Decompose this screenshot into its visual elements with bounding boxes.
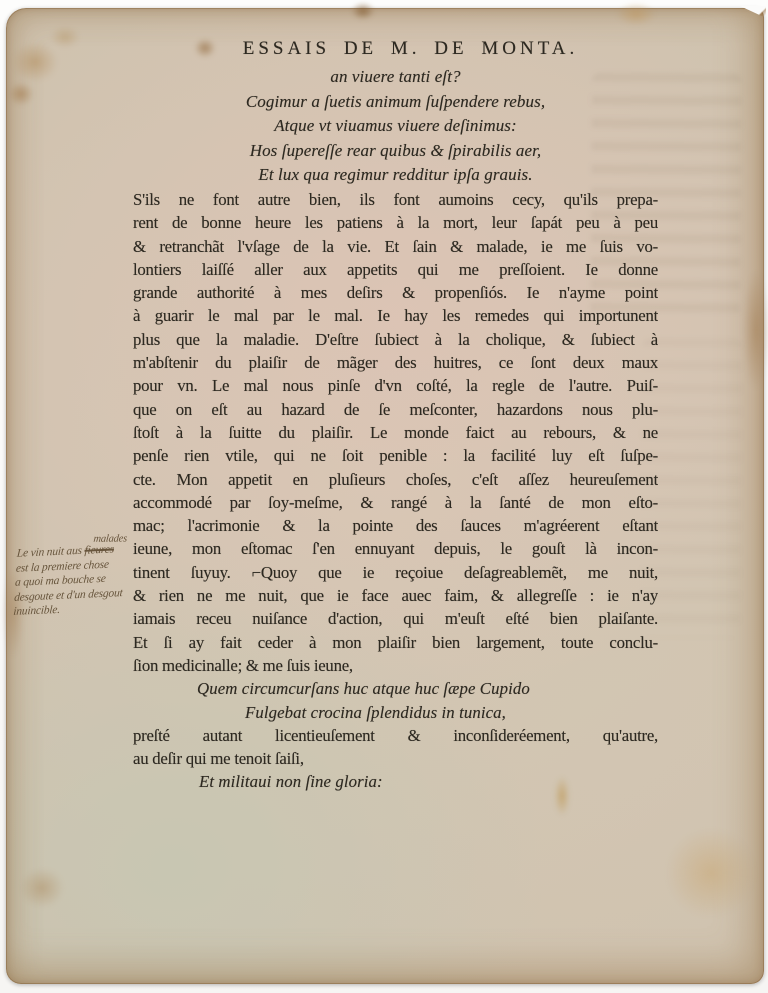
- corner-chamfer: [740, 6, 766, 36]
- verse-line: Hos ſupereſſe rear quibus & ſpirabilis a…: [133, 139, 658, 164]
- book-page: ESSAIS DE M. DE MONTA. an viuere tanti e…: [6, 8, 764, 984]
- text-line: & retranchãt l'vſage de la vie. Et ſain …: [133, 235, 658, 258]
- text-line: ſtoſt à la ſuitte du plaiſir. Le monde f…: [133, 421, 658, 444]
- text-line: à guarir le mal par le mal. Ie hay les r…: [133, 304, 658, 327]
- text-line: plus que la maladie. D'eſtre ſubiect à l…: [133, 328, 658, 351]
- text-line: preſté autant licentieuſement & inconſid…: [133, 724, 658, 747]
- stain: [50, 26, 80, 48]
- text-line: m'abſtenir du plaiſir de mãger des huitr…: [133, 351, 658, 374]
- text-line: au deſir qui me tenoit ſaiſi,: [133, 747, 658, 770]
- verse-line: Fulgebat crocina ſplendidus in tunica,: [133, 701, 658, 724]
- text-line: ieune, mon eſtomac ſ'en ennuyant depuis,…: [133, 537, 658, 560]
- text-line: penſe rien vtile, qui ne ſoit penible : …: [133, 444, 658, 467]
- running-title: ESSAIS DE M. DE MONTA.: [148, 38, 673, 60]
- text-line: cte. Mon appetit en pluſieurs choſes, c'…: [133, 468, 658, 491]
- stain: [742, 270, 768, 390]
- body-text: S'ils ne font autre bien, ils font aumoi…: [133, 188, 658, 794]
- verse-line: Quem circumcurſans huc atque huc ſæpe Cu…: [133, 677, 658, 700]
- text-line: grande authorité à mes deſirs & propenſi…: [133, 281, 658, 304]
- stain: [8, 82, 34, 106]
- text-line: lontiers laiſſé aller aux appetits qui m…: [133, 258, 658, 281]
- text-line: pour vn. Le mal nous pinſe d'vn coſté, l…: [133, 374, 658, 397]
- verse-line: Et militaui non ſine gloria:: [133, 770, 658, 793]
- stain: [20, 868, 64, 908]
- photo-background: ESSAIS DE M. DE MONTA. an viuere tanti e…: [0, 0, 768, 993]
- text-line: S'ils ne font autre bien, ils font aumoi…: [133, 188, 658, 211]
- text-line: rent de bonne heure les patiens à la mor…: [133, 211, 658, 234]
- text-line: Et ſi ay fait ceder à mon plaiſir bien l…: [133, 631, 658, 654]
- inserted-word: malades: [93, 532, 128, 547]
- text-line: que on eſt au hazard de ſe meſconter, ha…: [133, 398, 658, 421]
- verse-line: Et lux qua regimur redditur ipſa grauis.: [133, 163, 658, 188]
- handwritten-marginalia: Le vin nuit aus fieuresmaladesest la pre…: [13, 541, 145, 620]
- text-line: accommodé par ſoy-meſme, & rangé à la ſa…: [133, 491, 658, 514]
- text-line: ſion medicinalle; & me ſuis ieune,: [133, 654, 658, 677]
- stain: [12, 42, 58, 82]
- epigraph-verses: an viuere tanti eſt?Cogimur a ſuetis ani…: [133, 65, 658, 188]
- text-line: tinent ſuyuy. ⌐Quoy que ie reçoiue deſag…: [133, 561, 658, 584]
- verse-line: Atque vt viuamus viuere deſinimus:: [133, 114, 658, 139]
- stain: [351, 2, 375, 20]
- verse-line: Cogimur a ſuetis animum ſuſpendere rebus…: [133, 90, 658, 115]
- verse-line: an viuere tanti eſt?: [133, 65, 658, 90]
- stain: [666, 828, 756, 918]
- text-line: iamais receu nuiſance d'action, qui m'eu…: [133, 607, 658, 630]
- stain: [616, 2, 656, 26]
- text-line: mac; l'acrimonie & la pointe des ſauces …: [133, 514, 658, 537]
- text-line: & rien ne me nuit, que ie face auec faim…: [133, 584, 658, 607]
